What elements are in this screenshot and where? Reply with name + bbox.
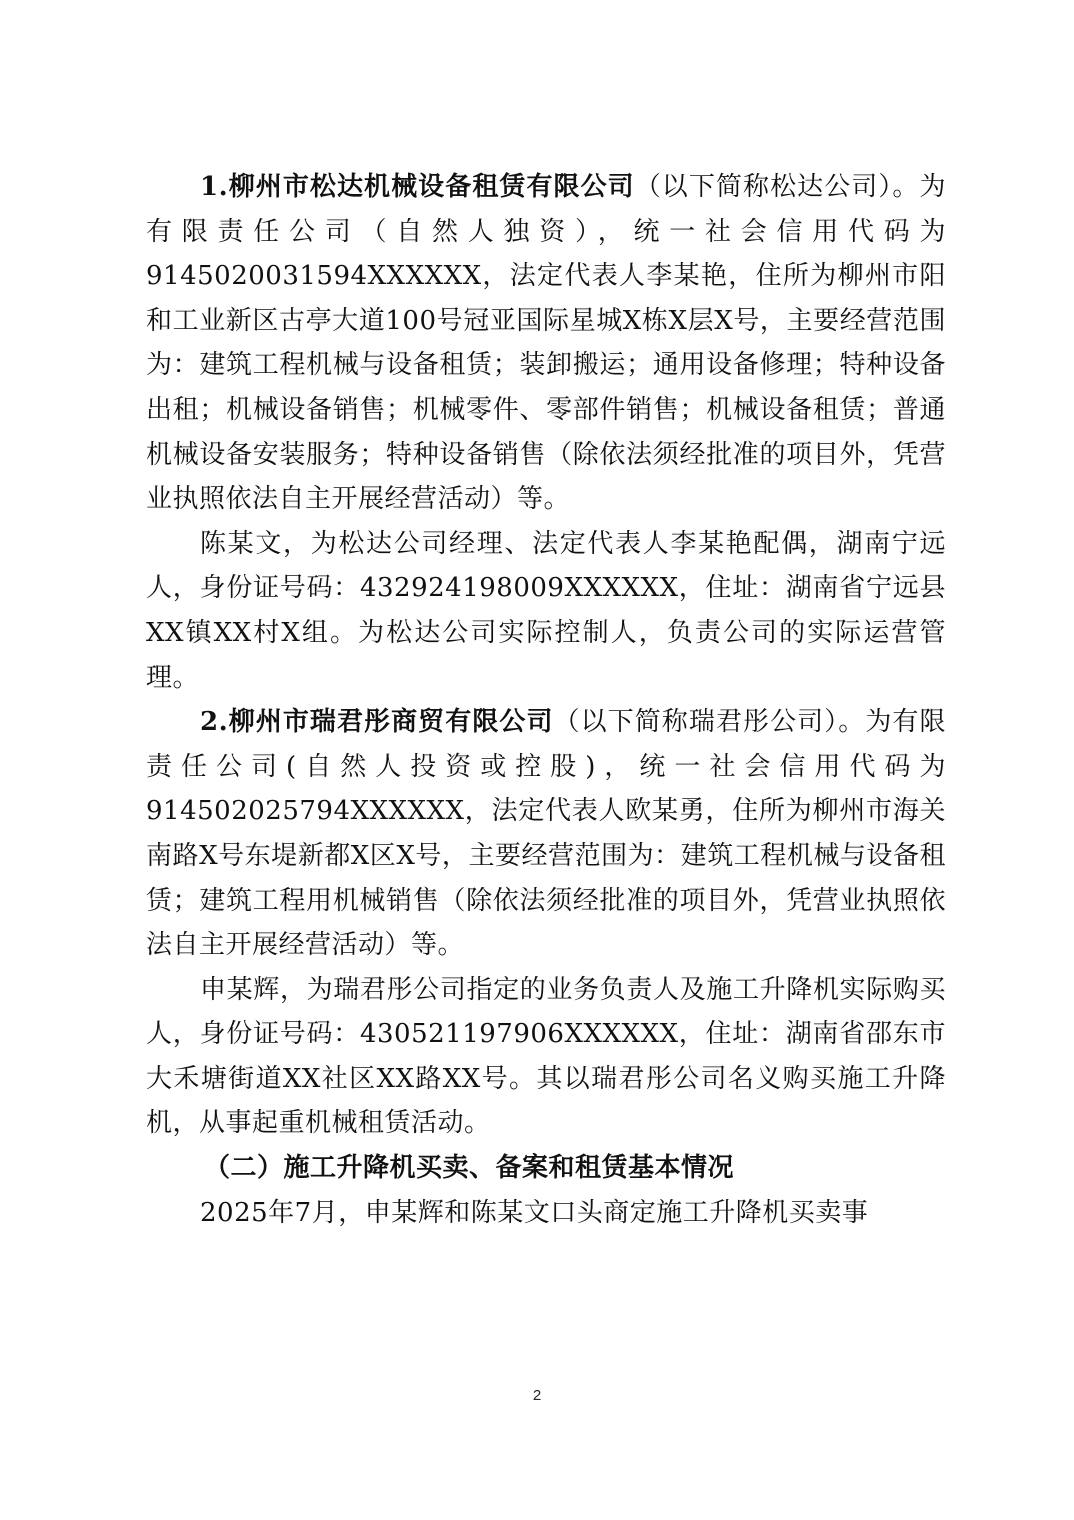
section-heading: （二）施工升降机买卖、备案和租赁基本情况: [146, 1146, 946, 1191]
company-description-2: （以下简称瑞君彤公司）。为有限责任公司(自然人投资或控股)，统一社会信用代码为9…: [146, 707, 946, 960]
company-name-2: 2.柳州市瑞君彤商贸有限公司: [200, 707, 554, 737]
company-name-1: 1.柳州市松达机械设备租赁有限公司: [200, 172, 635, 202]
paragraph-person-1: 陈某文，为松达公司经理、法定代表人李某艳配偶，湖南宁远人，身份证号码：43292…: [146, 522, 946, 700]
page-number: 2: [0, 1387, 1074, 1404]
paragraph-person-2: 申某辉，为瑞君彤公司指定的业务负责人及施工升降机实际购买人，身份证号码：4305…: [146, 968, 946, 1146]
paragraph-closing: 2025年7月，申某辉和陈某文口头商定施工升降机买卖事: [146, 1191, 946, 1236]
document-page: 1.柳州市松达机械设备租赁有限公司（以下简称松达公司）。为有限责任公司（自然人独…: [0, 0, 1074, 1520]
paragraph-company-2: 2.柳州市瑞君彤商贸有限公司（以下简称瑞君彤公司）。为有限责任公司(自然人投资或…: [146, 700, 946, 968]
paragraph-company-1: 1.柳州市松达机械设备租赁有限公司（以下简称松达公司）。为有限责任公司（自然人独…: [146, 165, 946, 522]
company-description-1: （以下简称松达公司）。为有限责任公司（自然人独资），统一社会信用代码为91450…: [146, 172, 946, 514]
document-body: 1.柳州市松达机械设备租赁有限公司（以下简称松达公司）。为有限责任公司（自然人独…: [146, 165, 946, 1235]
